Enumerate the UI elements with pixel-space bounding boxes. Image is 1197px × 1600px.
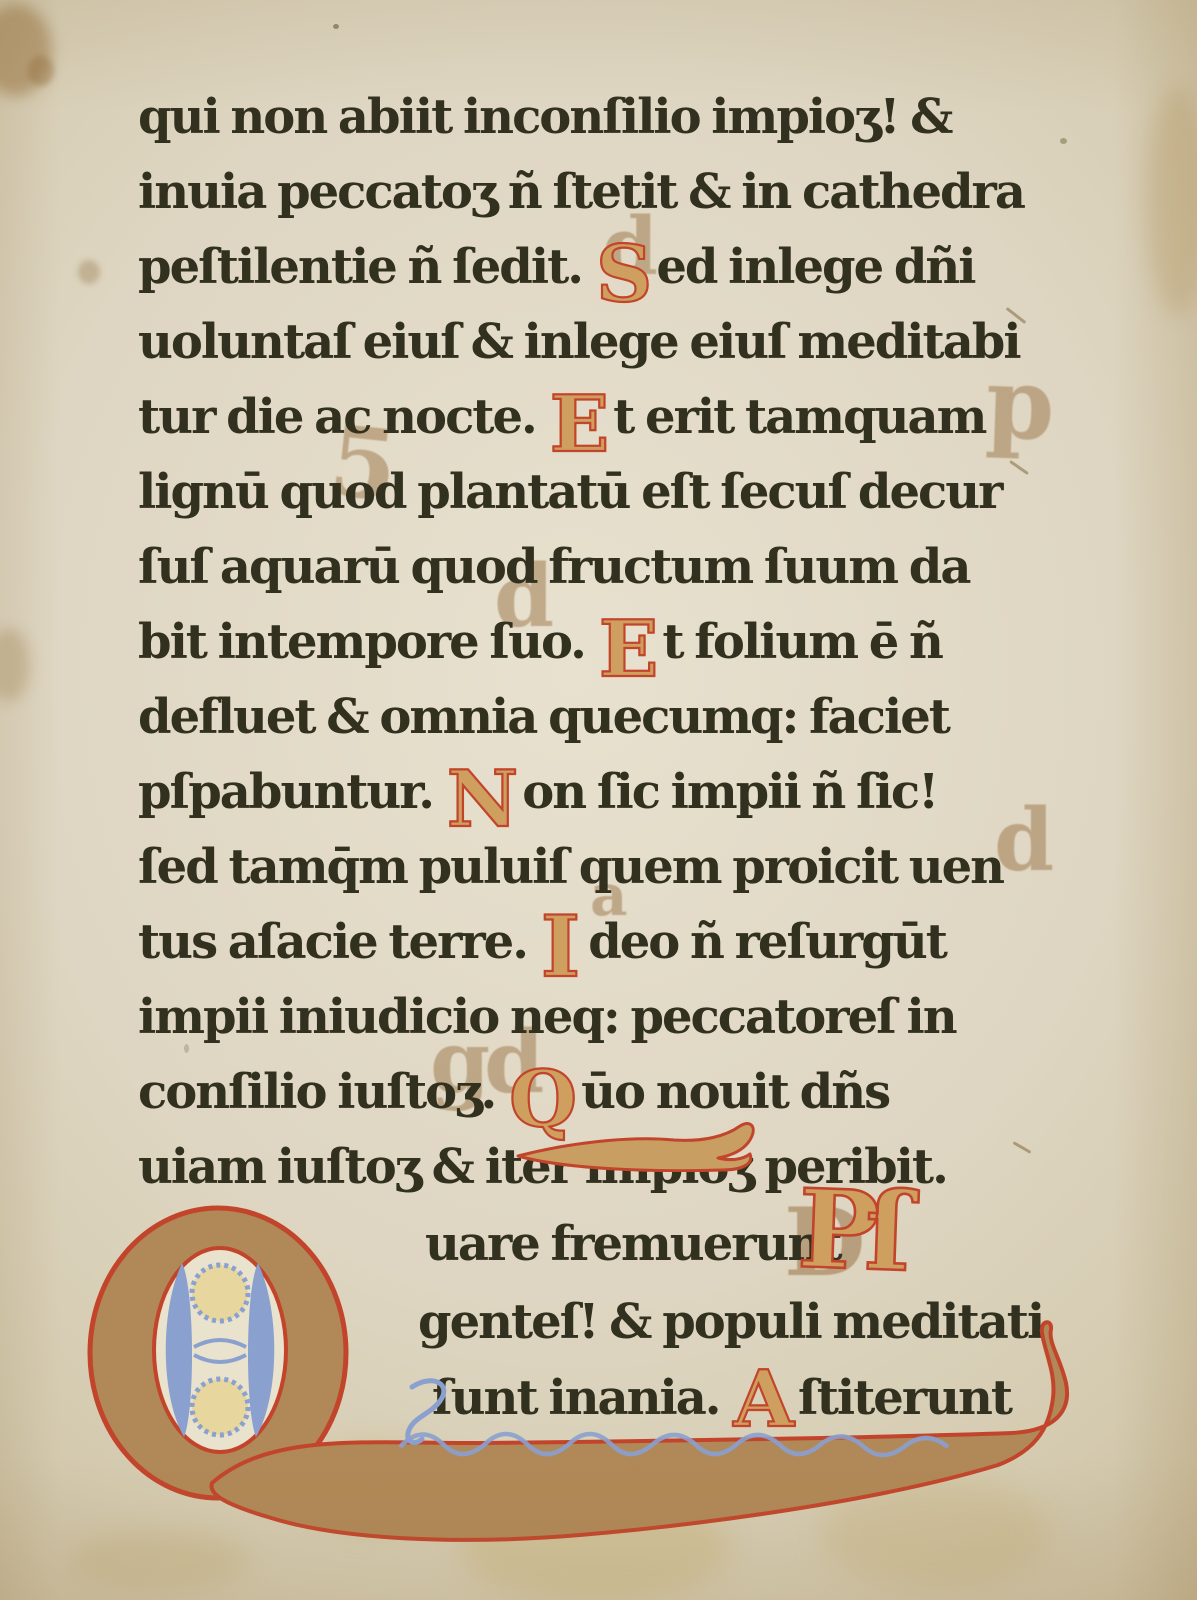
line-text: ſed tamq̄m puluiſ quem proicit uen [138,839,1003,895]
line-text: conſilio iuſtoʒ. [138,1064,495,1120]
text-line: pſpabuntur.Non ſic impii ñ ſic! [138,755,1098,830]
line-text: impii iniudicio neq: peccatoreſ in [138,989,956,1045]
text-line: lignū quod plantatū eſt ſecuſ decur [138,455,1098,530]
line-text: ſuſ aquarū quod fructum ſuum da [138,539,969,595]
text-line: conſilio iuſtoʒ.Qūo nouit dñs [138,1055,1098,1130]
parchment-stain [28,56,54,86]
illuminated-initial-E: E [599,612,656,687]
line-text: t erit tamquam [613,389,985,445]
initial-q-artwork [60,1195,1100,1595]
line-text: tus aſacie terre. [138,914,527,970]
line-text: inuia peccatoʒ ñ ſtetit & in cathedra [138,164,1024,220]
text-line: tus aſacie terre.Ideo ñ reſurgūt [138,905,1098,980]
text-line: inuia peccatoʒ ñ ſtetit & in cathedra [138,155,1098,230]
line-text: peſtilentie ñ ſedit. [138,239,582,295]
line-text: on ſic impii ñ ſic! [522,764,937,820]
line-text: lignū quod plantatū eſt ſecuſ decur [138,464,1001,520]
line-text: bit intempore ſuo. [138,614,585,670]
line-text: ed inlege dñi [656,239,974,295]
large-decorated-initial-Q: Q [60,1195,1100,1595]
text-line: tur die ac nocte.Et erit tamquam [138,380,1098,455]
text-line: qui non abiit inconſilio impioʒ! & [138,80,1098,155]
parchment-stain [78,260,100,284]
line-text: pſpabuntur. [138,764,433,820]
illuminated-initial-N: N [447,762,516,837]
illuminated-initial-E: E [550,387,607,462]
illuminated-initial-I: I [541,909,578,984]
text-line: defluet & omnia quecumq: faciet [138,680,1098,755]
text-line: bit intempore ſuo.Et folium ē ñ [138,605,1098,680]
text-line: peſtilentie ñ ſedit.Sed inlege dñi [138,230,1098,305]
initial-q-tail-flourish [512,1120,762,1172]
tail-ribbon-shape [518,1124,753,1171]
psalm1-text-block: qui non abiit inconſilio impioʒ! & inuia… [138,80,1098,1205]
q-ornament-bottom-medallion [192,1379,248,1435]
text-line: ſed tamq̄m puluiſ quem proicit uen [138,830,1098,905]
line-text: qui non abiit inconſilio impioʒ! & [138,89,952,145]
parchment-stain [0,628,30,702]
ink-speck [333,24,339,29]
text-line: impii iniudicio neq: peccatoreſ in [138,980,1098,1055]
line-text: defluet & omnia quecumq: faciet [138,689,949,745]
manuscript-page: d p 5 d d a gd D qui non abiit inconſili… [0,0,1197,1600]
line-text: t folium ē ñ [662,614,942,670]
text-line: uoluntaſ eiuſ & inlege eiuſ meditabi [138,305,1098,380]
line-text: deo ñ reſurgūt [588,914,946,970]
q-ornament-top-medallion [192,1265,248,1321]
line-text: tur die ac nocte. [138,389,536,445]
illuminated-initial-S: S [596,237,650,312]
parchment-stain [0,4,52,96]
text-line: ſuſ aquarū quod fructum ſuum da [138,530,1098,605]
parchment-stain [1146,86,1197,316]
line-text: uoluntaſ eiuſ & inlege eiuſ meditabi [138,314,1020,370]
line-text: ūo nouit dñs [581,1064,889,1120]
